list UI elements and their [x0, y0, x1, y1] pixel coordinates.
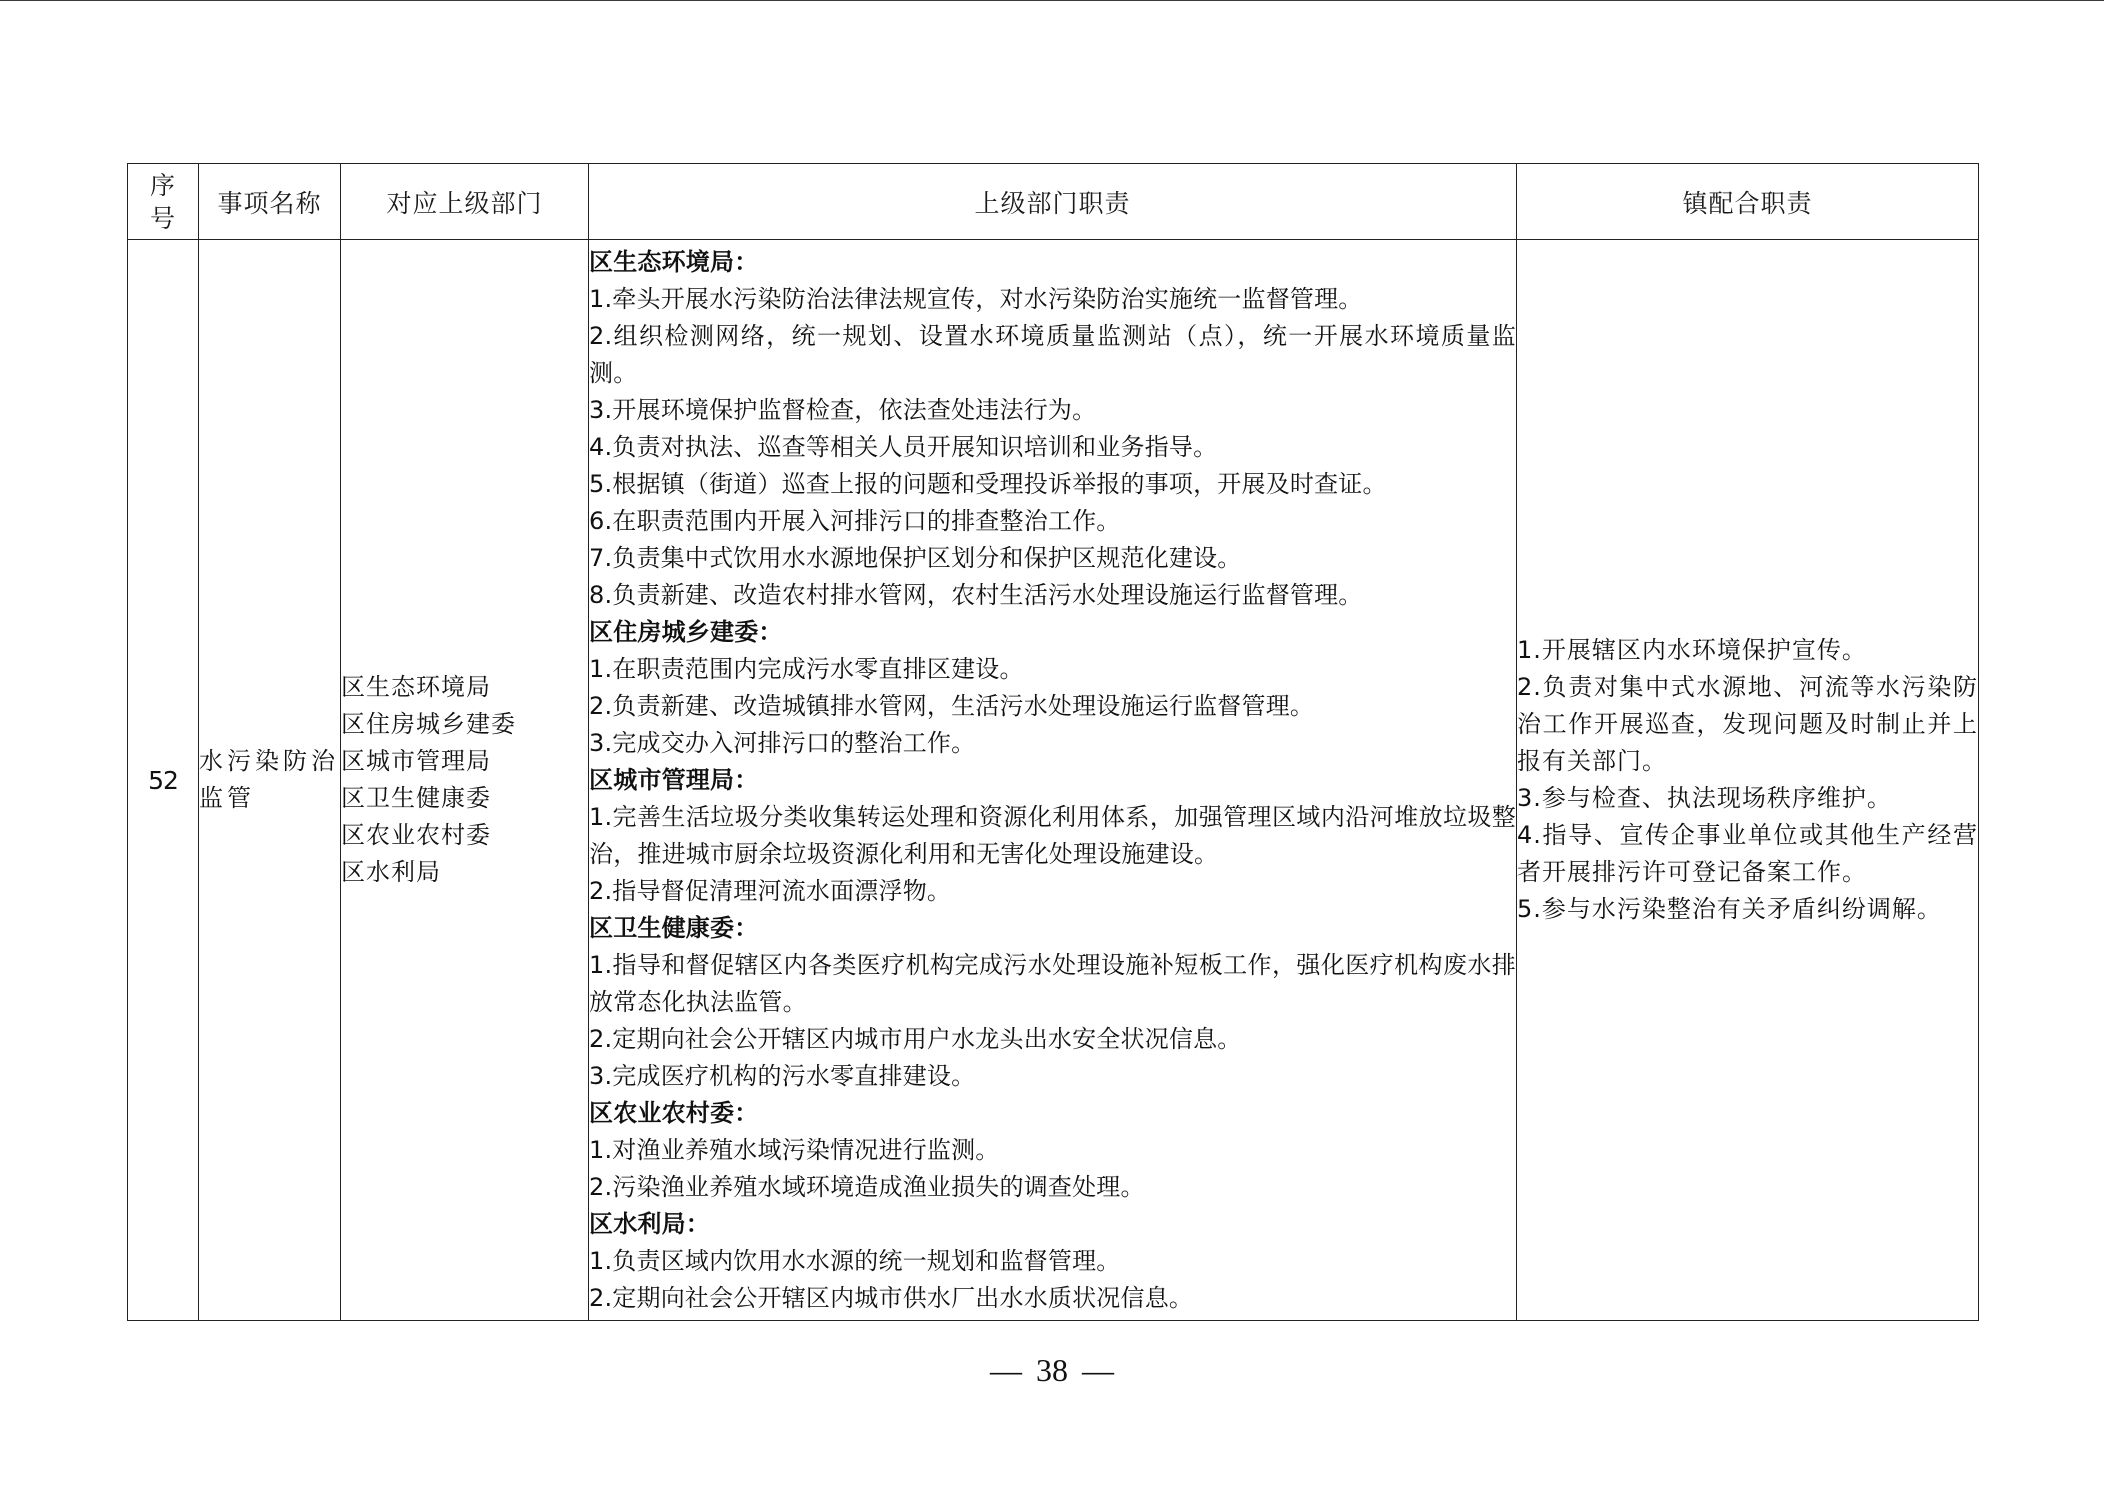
dept-list-item: 区城市管理局: [341, 743, 588, 780]
duty-dept-heading: 区卫生健康委：: [589, 910, 1516, 947]
duty-item: 2.定期向社会公开辖区内城市供水厂出水水质状况信息。: [589, 1280, 1516, 1317]
header-upper-dept: 对应上级部门: [341, 164, 589, 240]
table-row: 52 水污染防治监管 区生态环境局 区住房城乡建委 区城市管理局 区卫生健康委 …: [128, 240, 1979, 1321]
page-number: 38: [1036, 1352, 1068, 1388]
duty-item: 1.对渔业养殖水域污染情况进行监测。: [589, 1132, 1516, 1169]
duty-item: 2.负责新建、改造城镇排水管网，生活污水处理设施运行监督管理。: [589, 688, 1516, 725]
duty-item: 1.牵头开展水污染防治法律法规宣传，对水污染防治实施统一监督管理。: [589, 281, 1516, 318]
duty-item: 6.在职责范围内开展入河排污口的排查整治工作。: [589, 503, 1516, 540]
duty-table: 序 号 事项名称 对应上级部门 上级部门职责 镇配合职责 52 水污染防治监管 …: [127, 163, 1979, 1321]
footer-dash-right: —: [1068, 1352, 1128, 1388]
header-upper-duties: 上级部门职责: [589, 164, 1517, 240]
duty-item: 2.定期向社会公开辖区内城市用户水龙头出水安全状况信息。: [589, 1021, 1516, 1058]
header-seq: 序 号: [128, 164, 199, 240]
duty-dept-heading: 区生态环境局：: [589, 244, 1516, 281]
duty-dept-heading: 区城市管理局：: [589, 762, 1516, 799]
duty-dept-heading: 区水利局：: [589, 1206, 1516, 1243]
duty-item: 2.组织检测网络，统一规划、设置水环境质量监测站（点），统一开展水环境质量监测。: [589, 318, 1516, 392]
seq-cell: 52: [128, 240, 199, 1321]
header-item-name: 事项名称: [199, 164, 341, 240]
dept-list-item: 区卫生健康委: [341, 780, 588, 817]
town-duty-item: 1.开展辖区内水环境保护宣传。: [1517, 632, 1978, 669]
item-name-cell: 水污染防治监管: [199, 240, 341, 1321]
page-top-rule: [0, 0, 2104, 1]
dept-list-item: 区水利局: [341, 854, 588, 891]
duty-dept-heading: 区住房城乡建委：: [589, 614, 1516, 651]
duty-item: 8.负责新建、改造农村排水管网，农村生活污水处理设施运行监督管理。: [589, 577, 1516, 614]
duty-item: 4.负责对执法、巡查等相关人员开展知识培训和业务指导。: [589, 429, 1516, 466]
town-duty-item: 5.参与水污染整治有关矛盾纠纷调解。: [1517, 891, 1978, 928]
footer-dash-left: —: [976, 1352, 1036, 1388]
duty-item: 1.负责区域内饮用水水源的统一规划和监督管理。: [589, 1243, 1516, 1280]
header-seq-line1: 序: [128, 169, 198, 202]
upper-duties-cell: 区生态环境局： 1.牵头开展水污染防治法律法规宣传，对水污染防治实施统一监督管理…: [589, 240, 1517, 1321]
dept-list-item: 区生态环境局: [341, 669, 588, 706]
header-town-duties: 镇配合职责: [1517, 164, 1979, 240]
duty-dept-heading: 区农业农村委：: [589, 1095, 1516, 1132]
header-seq-line2: 号: [128, 202, 198, 235]
duty-item: 3.完成医疗机构的污水零直排建设。: [589, 1058, 1516, 1095]
duty-item: 1.在职责范围内完成污水零直排区建设。: [589, 651, 1516, 688]
town-duty-item: 2.负责对集中式水源地、河流等水污染防治工作开展巡查，发现问题及时制止并上报有关…: [1517, 669, 1978, 780]
town-duty-item: 3.参与检查、执法现场秩序维护。: [1517, 780, 1978, 817]
duty-item: 1.完善生活垃圾分类收集转运处理和资源化利用体系，加强管理区域内沿河堆放垃圾整治…: [589, 799, 1516, 873]
page-footer: —38—: [0, 1352, 2104, 1389]
duty-item: 5.根据镇（街道）巡查上报的问题和受理投诉举报的事项，开展及时查证。: [589, 466, 1516, 503]
duty-item: 2.污染渔业养殖水域环境造成渔业损失的调查处理。: [589, 1169, 1516, 1206]
duty-item: 1.指导和督促辖区内各类医疗机构完成污水处理设施补短板工作，强化医疗机构废水排放…: [589, 947, 1516, 1021]
dept-list-item: 区住房城乡建委: [341, 706, 588, 743]
duty-item: 7.负责集中式饮用水水源地保护区划分和保护区规范化建设。: [589, 540, 1516, 577]
duty-item: 2.指导督促清理河流水面漂浮物。: [589, 873, 1516, 910]
table-header-row: 序 号 事项名称 对应上级部门 上级部门职责 镇配合职责: [128, 164, 1979, 240]
upper-dept-cell: 区生态环境局 区住房城乡建委 区城市管理局 区卫生健康委 区农业农村委 区水利局: [341, 240, 589, 1321]
duty-item: 3.完成交办入河排污口的整治工作。: [589, 725, 1516, 762]
town-duty-item: 4.指导、宣传企事业单位或其他生产经营者开展排污许可登记备案工作。: [1517, 817, 1978, 891]
duty-item: 3.开展环境保护监督检查，依法查处违法行为。: [589, 392, 1516, 429]
town-duties-cell: 1.开展辖区内水环境保护宣传。 2.负责对集中式水源地、河流等水污染防治工作开展…: [1517, 240, 1979, 1321]
dept-list-item: 区农业农村委: [341, 817, 588, 854]
